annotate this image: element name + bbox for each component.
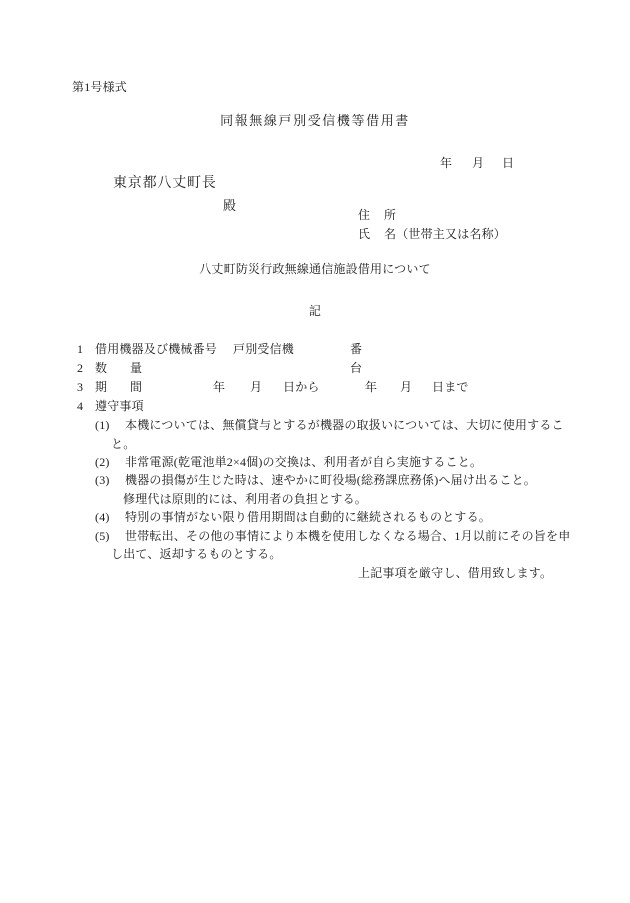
name-label-second: 名（世帯主又は名称）: [384, 228, 506, 240]
item2-label2: 量: [130, 362, 142, 374]
item3-to-month: 月: [400, 381, 412, 393]
item3-from-day: 日から: [283, 381, 320, 393]
item1-unit: 番: [350, 343, 362, 355]
item2-unit: 台: [350, 362, 362, 374]
item1-number: 1: [77, 343, 83, 355]
date-day-label: 日: [502, 157, 514, 169]
item3-to-day: 日まで: [432, 381, 469, 393]
rule3-line1: 機器の損傷が生じた時は、速やかに町役場(総務課庶務係)へ届け出ること。: [125, 474, 536, 486]
document-title: 同報無線戸別受信機等借用書: [0, 114, 630, 127]
date-month-label: 月: [472, 157, 484, 169]
item1-label: 借用機器及び機械番号: [95, 343, 217, 355]
name-label-first: 氏: [358, 228, 370, 240]
honorific-dono: 殿: [223, 199, 236, 212]
item3-to-year: 年: [365, 381, 377, 393]
rule2-number: (2): [95, 456, 110, 468]
item3-from-year: 年: [213, 381, 225, 393]
rule5-line2: し出て、返却するものとする。: [111, 548, 282, 560]
rule2-line1: 非常電源(乾電池単2×4個)の交換は、利用者が自ら実施すること。: [125, 456, 482, 468]
item4-number: 4: [77, 400, 83, 412]
rule1-number: (1): [95, 419, 110, 431]
addressee: 東京都八丈町長: [113, 177, 217, 191]
item1-field: 戸別受信機: [233, 343, 294, 355]
rule5-line1: 世帯転出、その他の事情により本機を使用しなくなる場合、1月以前にその旨を申: [125, 530, 570, 542]
subject-line: 八丈町防災行政無線通信施設借用について: [0, 263, 630, 275]
address-label-second: 所: [384, 209, 396, 221]
rule1-line1: 本機については、無償貸与とするが機器の取扱いについては、大切に使用するこ: [125, 419, 564, 431]
rule1-line2: と。: [111, 438, 135, 450]
item4-label: 遵守事項: [95, 400, 144, 412]
closing-statement: 上記事項を厳守し、借用致します。: [358, 567, 552, 579]
ki-marker: 記: [0, 305, 630, 317]
item2-number: 2: [77, 362, 83, 374]
item3-label1: 期: [95, 381, 107, 393]
form-number: 第1号様式: [72, 81, 127, 93]
date-year-label: 年: [440, 157, 452, 169]
item3-number: 3: [77, 381, 83, 393]
loan-form-document: 第1号様式 同報無線戸別受信機等借用書 年 月 日 東京都八丈町長 殿 住 所 …: [0, 0, 630, 903]
rule3-line2: 修理代は原則的には、利用者の負担とする。: [123, 493, 367, 505]
item2-label1: 数: [95, 362, 107, 374]
item3-label2: 間: [130, 381, 142, 393]
rule4-line1: 特別の事情がない限り借用期間は自動的に継続されるものとする。: [125, 511, 491, 523]
address-label-first: 住: [358, 209, 370, 221]
rule4-number: (4): [95, 511, 110, 523]
rule3-number: (3): [95, 474, 110, 486]
rule5-number: (5): [95, 530, 110, 542]
item3-from-month: 月: [250, 381, 262, 393]
